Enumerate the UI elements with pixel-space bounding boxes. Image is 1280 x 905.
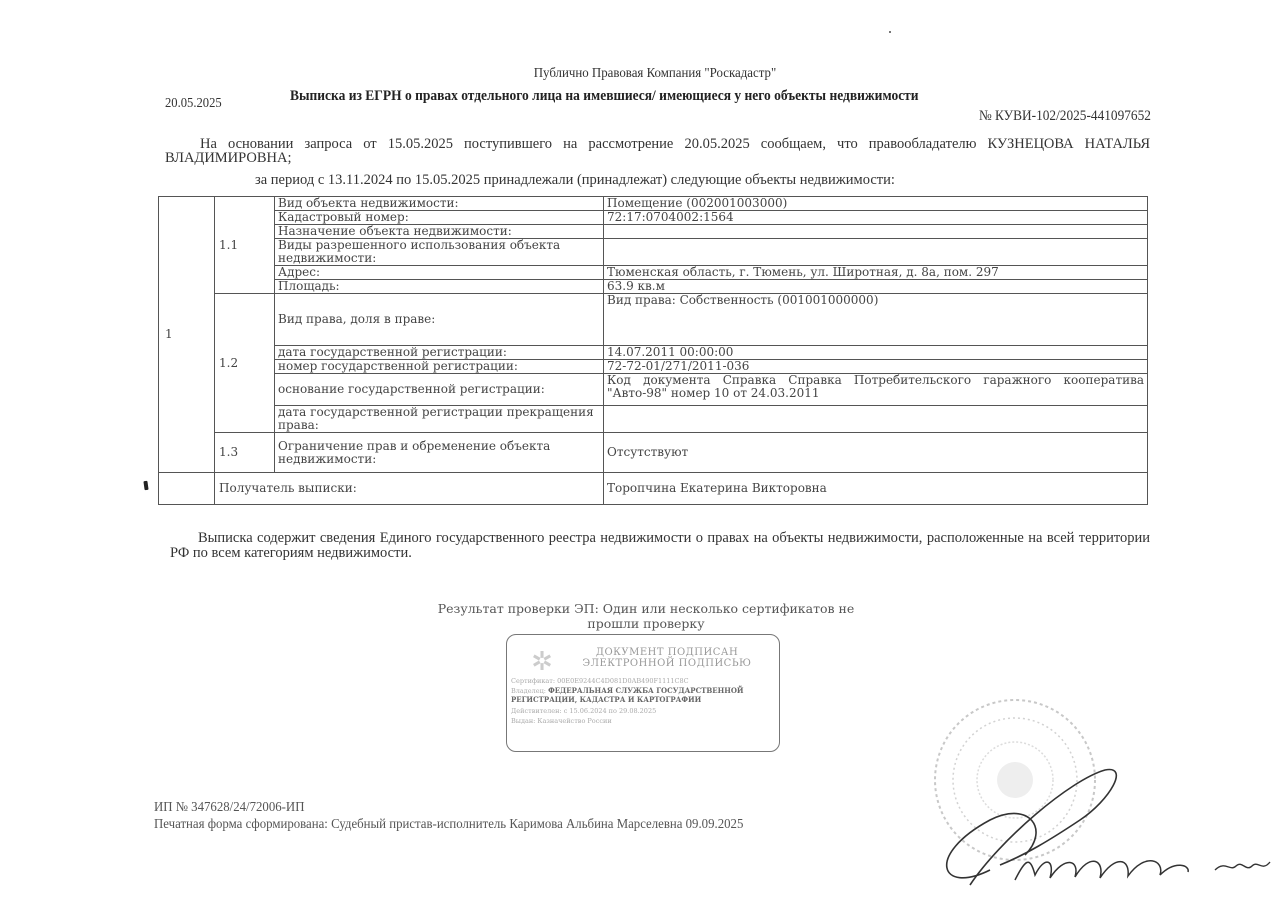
recipient-label: Получатель выписки: [215,473,604,505]
signature-check-result: Результат проверки ЭП: Один или нескольк… [436,601,856,631]
field-label: Адрес: [275,266,604,280]
field-label: номер государственной регистрации: [275,360,604,374]
intro-line-3: за период с 13.11.2024 по 15.05.2025 при… [255,172,895,189]
field-label: Кадастровый номер: [275,211,604,225]
field-value: 14.07.2011 00:00:00 [604,346,1148,360]
stamp-owner-line-1: ФЕДЕРАЛЬНАЯ СЛУЖБА ГОСУДАРСТВЕННОЙ [548,686,743,695]
intro-line-1: На основании запроса от 15.05.2025 посту… [200,136,1150,153]
table-row: Виды разрешенного использования объекта … [159,239,1148,266]
field-value: Помещение (002001003000) [604,197,1148,211]
field-value: 63.9 кв.м [604,280,1148,294]
table-row: 1 1.1 Вид объекта недвижимости: Помещени… [159,197,1148,211]
stamp-validity: Действителен: с 15.06.2024 по 29.08.2025 [511,707,656,715]
field-label: Назначение объекта недвижимости: [275,225,604,239]
field-label: дата государственной регистрации: [275,346,604,360]
stamp-title-line-2: ЭЛЕКТРОННОЙ ПОДПИСЬЮ [567,658,767,669]
field-value: 72-72-01/271/2011-036 [604,360,1148,374]
stamp-title: ДОКУМЕНТ ПОДПИСАН ЭЛЕКТРОННОЙ ПОДПИСЬЮ [567,647,767,669]
printed-by-line: Печатная форма сформирована: Судебный пр… [154,816,743,832]
field-value: Код документа Справка Справка Потребител… [604,374,1148,406]
scan-speck [889,31,891,33]
field-value: Вид права: Собственность (001001000000) [604,294,1148,346]
document-date: 20.05.2025 [165,96,222,112]
handwritten-signature-icon [930,760,1275,895]
object-index-cell: 1 [159,197,215,473]
stamp-owner-row: Владелец: ФЕДЕРАЛЬНАЯ СЛУЖБА ГОСУДАРСТВЕ… [511,687,744,695]
field-value [604,239,1148,266]
table-row: дата государственной регистрации прекращ… [159,406,1148,433]
field-label: Площадь: [275,280,604,294]
table-row: дата государственной регистрации: 14.07.… [159,346,1148,360]
stamp-issuer: Выдан: Казначейство России [511,717,612,725]
intro-line-2: ВЛАДИМИРОВНА; [165,150,292,167]
table-row: Получатель выписки: Торопчина Екатерина … [159,473,1148,505]
table-row: Площадь: 63.9 кв.м [159,280,1148,294]
enforcement-proceedings-number: ИП № 347628/24/72006-ИП [154,799,304,815]
table-row: основание государственной регистрации: К… [159,374,1148,406]
stamp-owner-line-2: РЕГИСТРАЦИИ, КАДАСТРА И КАРТОГРАФИИ [511,696,701,704]
empty-cell [159,473,215,505]
table-row: Назначение объекта недвижимости: [159,225,1148,239]
stamp-certificate: Сертификат: 00E0E9244C4D081D0AB490F1111C… [511,677,689,685]
field-value [604,406,1148,433]
section-number-1-2: 1.2 [215,294,275,433]
field-label: Ограничение прав и обременение объекта н… [275,433,604,473]
table-row: Адрес: Тюменская область, г. Тюмень, ул.… [159,266,1148,280]
footer-note: Выписка содержит сведения Единого госуда… [170,531,1150,561]
field-value: Отсутствуют [604,433,1148,473]
field-label: Вид права, доля в праве: [275,294,604,346]
table-row: 1.2 Вид права, доля в праве: Вид права: … [159,294,1148,346]
scan-mark [143,481,148,490]
organization-name: Публично Правовая Компания "Роскадастр" [52,66,1257,82]
field-value [604,225,1148,239]
recipient-value: Торопчина Екатерина Викторовна [604,473,1148,505]
table-row: 1.3 Ограничение прав и обременение объек… [159,433,1148,473]
stamp-owner-label: Владелец: [511,687,546,695]
field-label: Вид объекта недвижимости: [275,197,604,211]
property-rights-table: 1 1.1 Вид объекта недвижимости: Помещени… [158,196,1148,505]
emblem-icon: ✲ [525,645,559,679]
section-number-1-1: 1.1 [215,197,275,294]
field-value: Тюменская область, г. Тюмень, ул. Широтн… [604,266,1148,280]
e-signature-stamp: ✲ ДОКУМЕНТ ПОДПИСАН ЭЛЕКТРОННОЙ ПОДПИСЬЮ… [506,634,780,752]
field-value: 72:17:0704002:1564 [604,211,1148,225]
field-label: дата государственной регистрации прекращ… [275,406,604,433]
stamp-title-line-1: ДОКУМЕНТ ПОДПИСАН [567,647,767,658]
field-label: Виды разрешенного использования объекта … [275,239,604,266]
table-row: Кадастровый номер: 72:17:0704002:1564 [159,211,1148,225]
document-number: № КУВИ-102/2025-441097652 [979,108,1151,125]
section-number-1-3: 1.3 [215,433,275,473]
document-title: Выписка из ЕГРН о правах отдельного лица… [290,88,919,105]
field-label: основание государственной регистрации: [275,374,604,406]
table-row: номер государственной регистрации: 72-72… [159,360,1148,374]
